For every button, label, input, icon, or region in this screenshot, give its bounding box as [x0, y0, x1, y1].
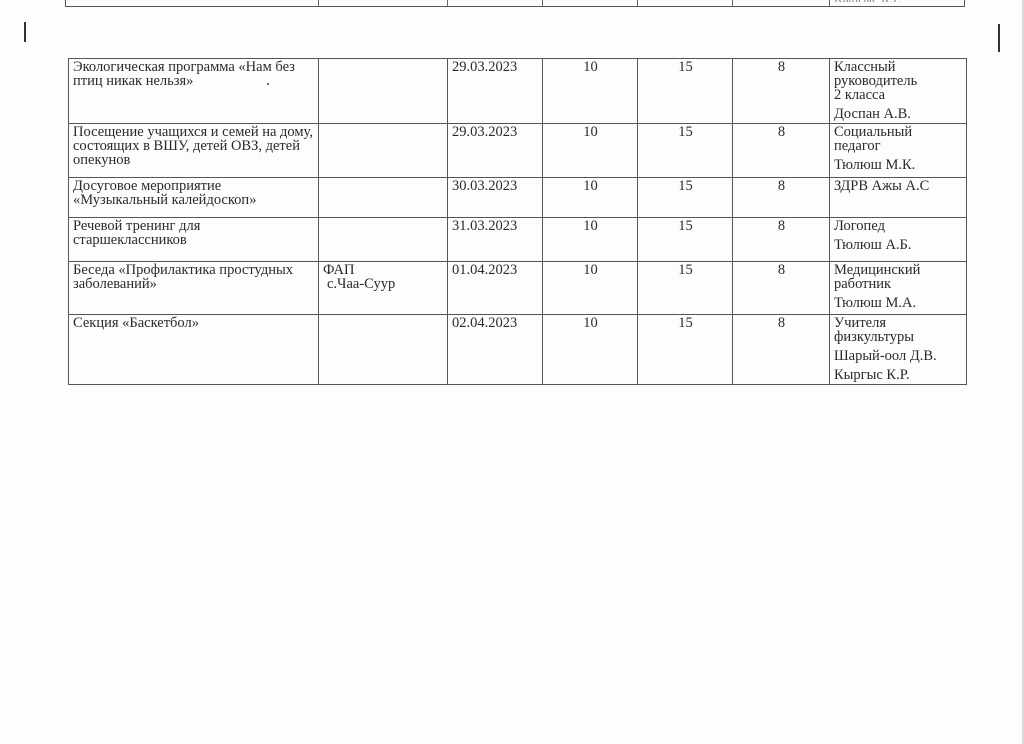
responsible-cell: Классныйруководитель2 классаДоспан А.В. — [830, 59, 967, 124]
responsible-line: Классный — [834, 60, 963, 74]
count-cell: 15 — [638, 124, 733, 178]
count-cell: 15 — [638, 178, 733, 218]
previous-table-fragment: Кыргыс К.Р. — [65, 0, 965, 7]
responsible-line: Учителя — [834, 316, 963, 330]
responsible-cell: ЗДРВ Ажы А.С — [830, 178, 967, 218]
count-cell: 10 — [543, 178, 638, 218]
count-cell: 15 — [638, 315, 733, 385]
table-row: Экологическая программа «Нам без птиц ни… — [69, 59, 967, 124]
responsible-line: педагог — [834, 139, 963, 153]
date-cell: 29.03.2023 — [448, 59, 543, 124]
responsible-line: ЗДРВ Ажы А.С — [834, 179, 963, 193]
date-cell: 29.03.2023 — [448, 124, 543, 178]
count-cell: 8 — [733, 59, 830, 124]
table-row: Секция «Баскетбол»02.04.202310158Учителя… — [69, 315, 967, 385]
count-cell: 10 — [543, 124, 638, 178]
cut-off-text: Кыргыс К.Р. — [834, 0, 902, 2]
count-cell: 10 — [543, 315, 638, 385]
date-cell: 31.03.2023 — [448, 218, 543, 262]
responsible-cell: ЛогопедТюлюш А.Б. — [830, 218, 967, 262]
count-cell: 15 — [638, 262, 733, 315]
responsible-cell: МедицинскийработникТюлюш М.А. — [830, 262, 967, 315]
table-row: Досуговое мероприятие «Музыкальный калей… — [69, 178, 967, 218]
location-cell — [319, 218, 448, 262]
count-cell: 8 — [733, 218, 830, 262]
responsible-line: Тюлюш М.К. — [834, 158, 963, 172]
date-cell: 02.04.2023 — [448, 315, 543, 385]
responsible-line: Тюлюш А.Б. — [834, 238, 963, 252]
location-line: ФАП — [323, 263, 444, 277]
table-row: Посещение учащихся и семей на дому, сост… — [69, 124, 967, 178]
location-cell — [319, 124, 448, 178]
responsible-line: руководитель — [834, 74, 963, 88]
events-table: Экологическая программа «Нам без птиц ни… — [68, 58, 967, 385]
responsible-line: 2 класса — [834, 88, 963, 102]
count-cell: 8 — [733, 315, 830, 385]
scan-speck — [267, 83, 269, 85]
event-cell: Беседа «Профилактика простудных заболева… — [69, 262, 319, 315]
count-cell: 8 — [733, 124, 830, 178]
count-cell: 10 — [543, 218, 638, 262]
event-cell: Экологическая программа «Нам без птиц ни… — [69, 59, 319, 124]
date-cell: 01.04.2023 — [448, 262, 543, 315]
responsible-line: Логопед — [834, 219, 963, 233]
location-cell — [319, 59, 448, 124]
responsible-cell: УчителяфизкультурыШарый-оол Д.В.Кыргыс К… — [830, 315, 967, 385]
table-row: Беседа «Профилактика простудных заболева… — [69, 262, 967, 315]
left-margin-mark — [24, 22, 26, 42]
count-cell: 15 — [638, 59, 733, 124]
count-cell: 8 — [733, 178, 830, 218]
event-cell: Речевой тренинг для старшеклассников — [69, 218, 319, 262]
event-cell: Секция «Баскетбол» — [69, 315, 319, 385]
responsible-line: работник — [834, 277, 963, 291]
location-line: с.Чаа-Суур — [323, 277, 444, 291]
location-cell — [319, 178, 448, 218]
count-cell: 10 — [543, 59, 638, 124]
event-cell: Досуговое мероприятие «Музыкальный калей… — [69, 178, 319, 218]
responsible-line: Доспан А.В. — [834, 107, 963, 121]
responsible-line: Социальный — [834, 125, 963, 139]
responsible-cell: СоциальныйпедагогТюлюш М.К. — [830, 124, 967, 178]
count-cell: 15 — [638, 218, 733, 262]
date-cell: 30.03.2023 — [448, 178, 543, 218]
location-cell — [319, 315, 448, 385]
responsible-line: Медицинский — [834, 263, 963, 277]
event-cell: Посещение учащихся и семей на дому, сост… — [69, 124, 319, 178]
responsible-line: Тюлюш М.А. — [834, 296, 963, 310]
responsible-line: Кыргыс К.Р. — [834, 368, 963, 382]
count-cell: 10 — [543, 262, 638, 315]
right-margin-mark — [998, 24, 1000, 52]
responsible-line: Шарый-оол Д.В. — [834, 349, 963, 363]
count-cell: 8 — [733, 262, 830, 315]
table-row: Речевой тренинг для старшеклассников31.0… — [69, 218, 967, 262]
responsible-line: физкультуры — [834, 330, 963, 344]
location-cell: ФАПс.Чаа-Суур — [319, 262, 448, 315]
